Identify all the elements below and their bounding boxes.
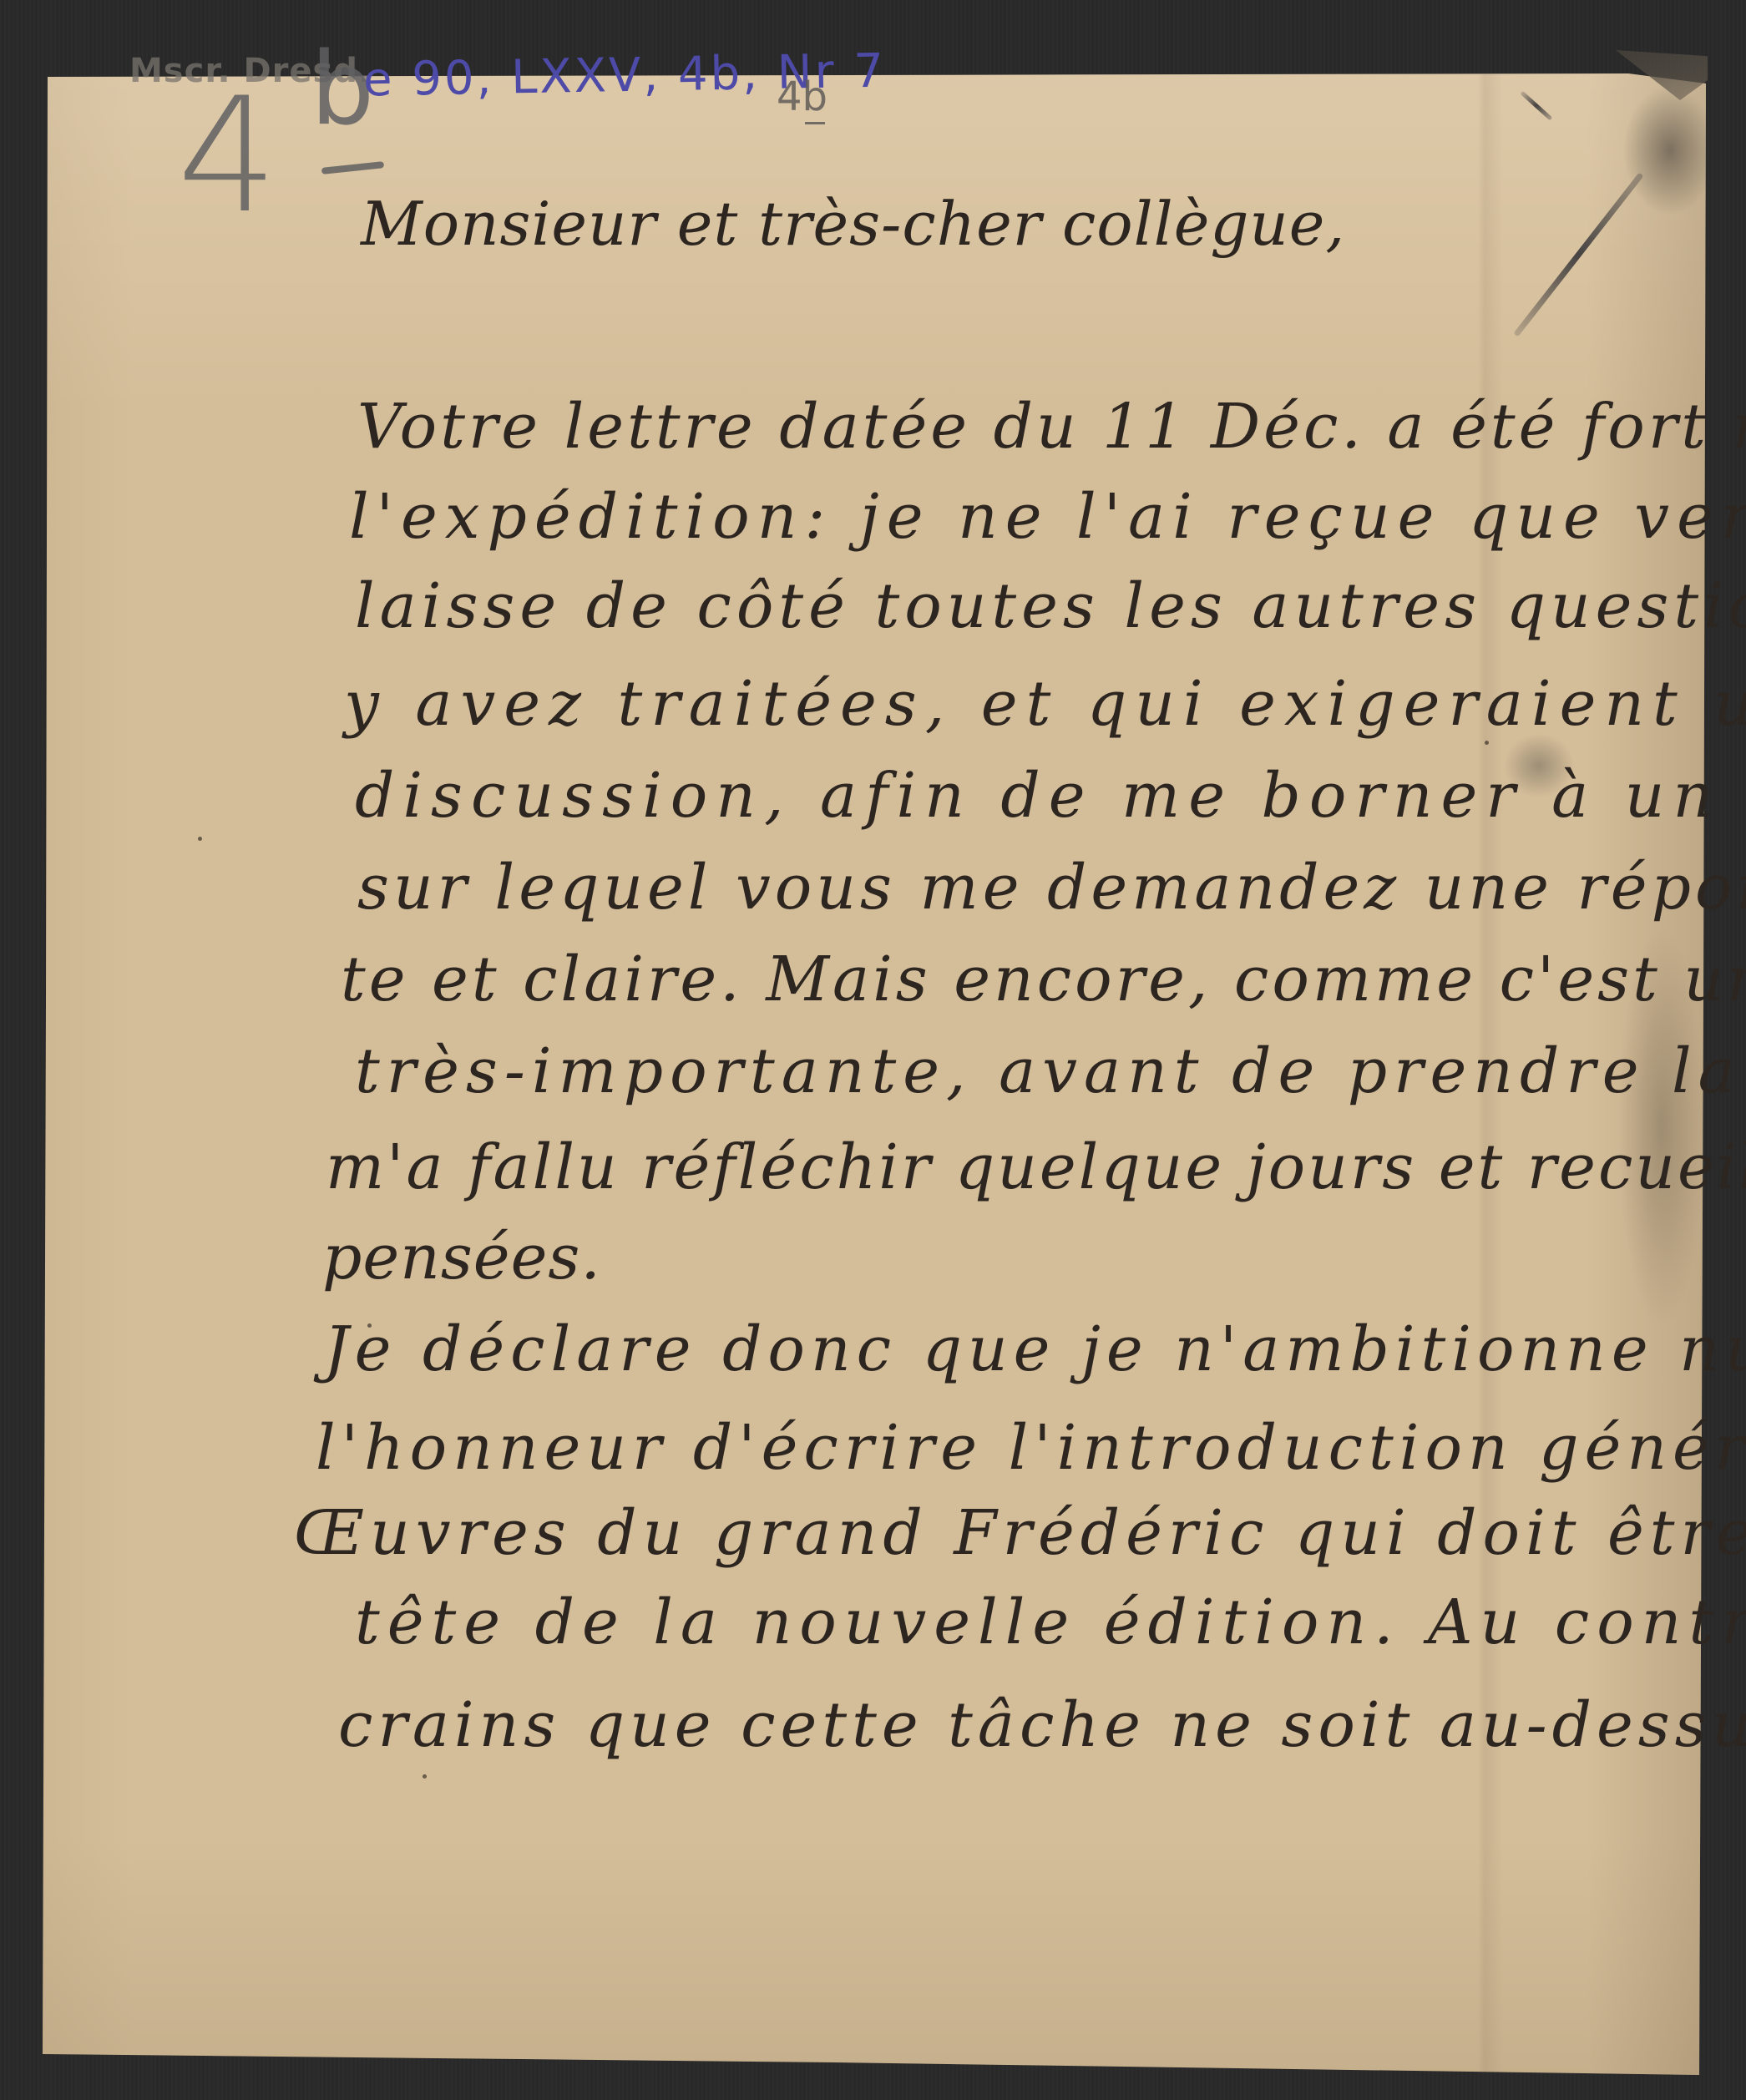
letter-line: Je déclare donc que je n'ambitionne null… [324,1318,1746,1380]
letter-line: pensées. [322,1227,601,1288]
letter-line: sur lequel vous me demandez une réponse … [357,857,1746,918]
folio-number-small: 4b [777,73,827,120]
letter-line: laisse de côté toutes les autres questio… [355,575,1746,637]
letter-line: Votre lettre datée du 11 Déc. a été fort… [357,396,1746,458]
ink-dot [198,837,202,841]
letter-line: l'honneur d'écrire l'introduction généra… [316,1417,1746,1479]
letter-line: discussion, afin de me borner à un seul … [355,765,1746,827]
ink-dot [1485,741,1489,745]
letter-text: crains que cette tâche ne soit au-dessus [338,1689,1746,1761]
letter-salutation: Monsieur et très-cher collègue, [361,194,1345,254]
letter-line: très-importante, avant de prendre la plu… [355,1040,1746,1102]
ink-dot [423,1774,427,1779]
letter-line-last: crains que cette tâche ne soit au-dessus… [338,1694,1746,1756]
letter-line: y avez traitées, et qui exigeraient une … [344,673,1746,735]
folio-number-large: 4 [177,77,278,235]
letter-line: m'a fallu réfléchir quelque jours et rec… [326,1136,1746,1198]
letter-line: l'expédition: je ne l'ai reçue que vers … [349,486,1746,548]
letter-line: Œuvres du grand Frédéric qui doit être m… [294,1502,1746,1564]
letter-line: tête de la nouvelle édition. Au contrair… [355,1591,1746,1653]
letter-line: te et claire. Mais encore, comme c'est u… [341,949,1746,1010]
